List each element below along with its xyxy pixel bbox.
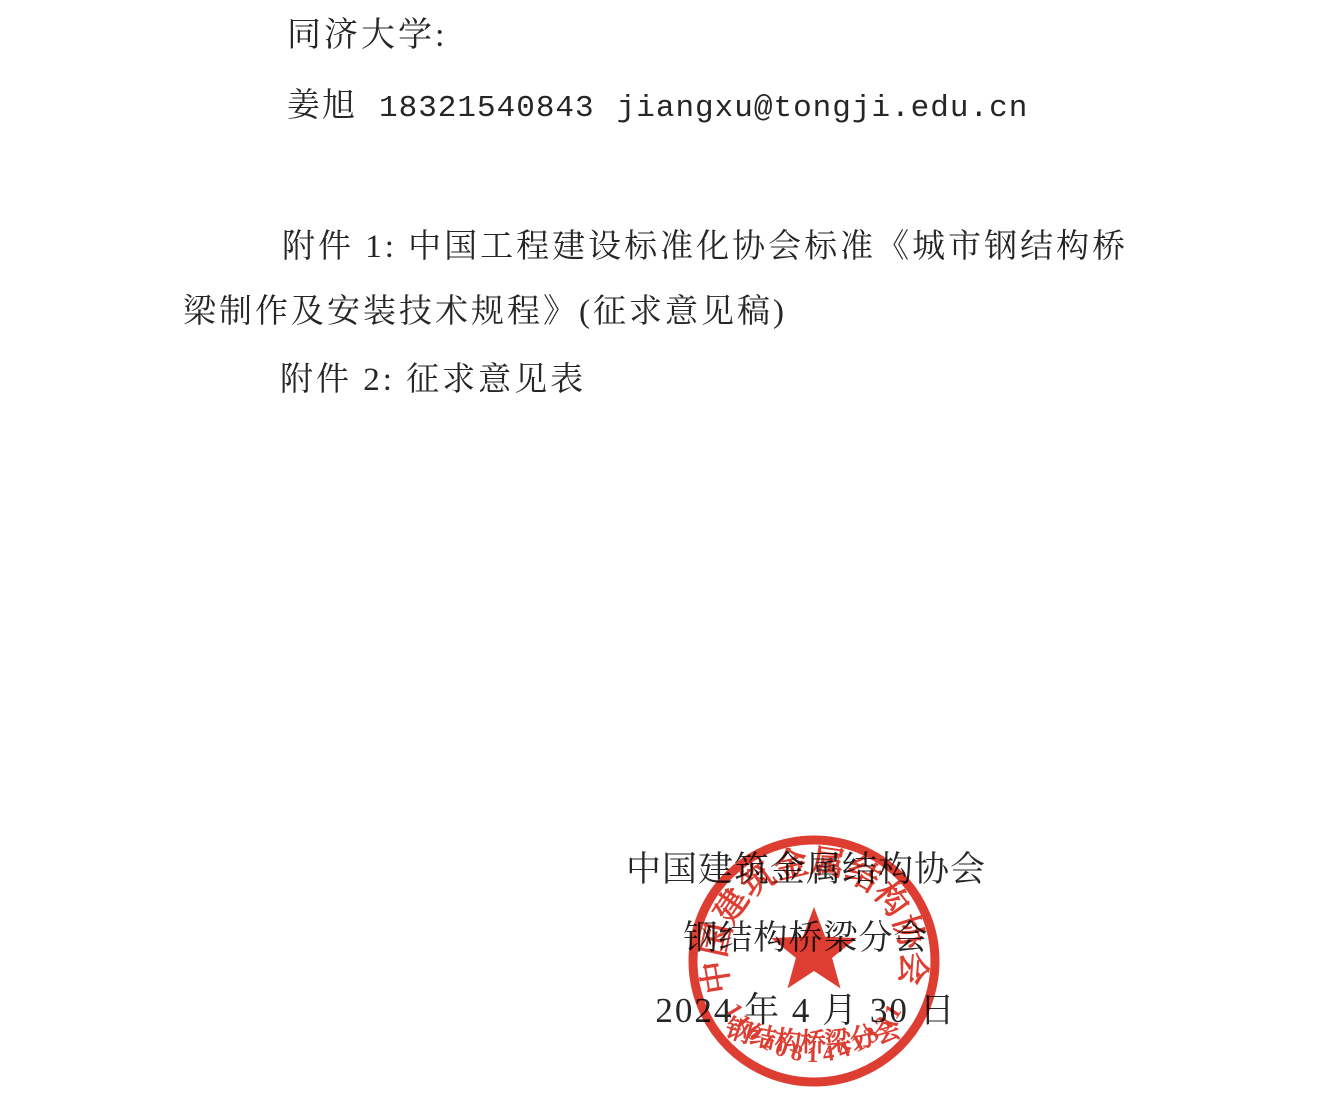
official-seal-stamp: 中国建筑金属结构协会 钢结构桥梁分会 1101081441331 bbox=[664, 811, 964, 1111]
contact-name: 姜旭 bbox=[287, 88, 357, 126]
attachment-1-line-1: 附件 1: 中国工程建设标准化协会标准《城市钢结构桥 bbox=[282, 229, 1128, 267]
seal-star-icon bbox=[771, 907, 857, 988]
attachment-1-line-2: 梁制作及安装技术规程》(征求意见稿) bbox=[183, 294, 787, 332]
contact-line: 姜旭 18321540843 jiangxu@tongji.edu.cn bbox=[287, 88, 1028, 127]
attachment-2-line: 附件 2: 征求意见表 bbox=[280, 362, 586, 400]
contact-phone: 18321540843 bbox=[379, 91, 595, 127]
recipient-title: 同济大学: bbox=[287, 16, 447, 55]
document-page: 同济大学: 姜旭 18321540843 jiangxu@tongji.edu.… bbox=[0, 0, 1322, 1120]
contact-email: jiangxu@tongji.edu.cn bbox=[617, 91, 1029, 127]
